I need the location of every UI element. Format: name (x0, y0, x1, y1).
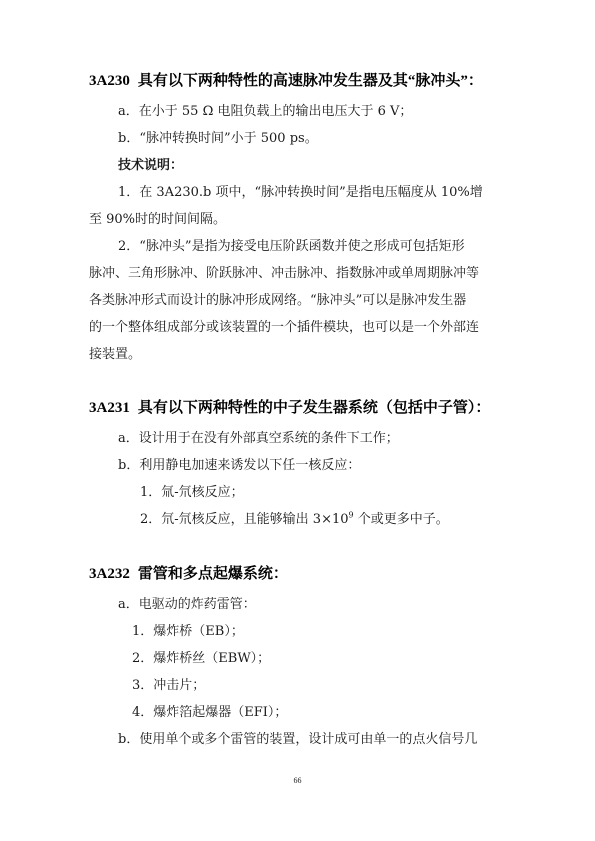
item-text: 利用静电加速来诱发以下任一核反应： (139, 458, 360, 473)
item-label: 2． (132, 651, 153, 666)
section-heading-3a232: 3A232雷管和多点起爆系统： (89, 566, 288, 582)
list-item: a．在小于 55 Ω 电阻负载上的输出电压大于 6 V； (118, 104, 412, 120)
section-title: 雷管和多点起爆系统： (138, 566, 288, 582)
item-label: b． (118, 131, 139, 146)
list-item: b．使用单个或多个雷管的装置，设计成可由单一的点火信号几 (118, 732, 477, 748)
item-label: a． (118, 431, 139, 446)
section-code: 3A232 (89, 566, 130, 582)
section-heading-3a231: 3A231具有以下两种特性的中子发生器系统（包括中子管）： (89, 400, 490, 416)
section-code: 3A230 (89, 73, 130, 89)
sub-list-item: 1．氚-氘核反应； (140, 485, 244, 501)
item-label: 4． (132, 705, 153, 720)
item-text: 爆炸箔起爆器（EFI）； (153, 705, 287, 720)
item-text: 冲击片； (153, 678, 205, 693)
note-line: 各类脉冲形式而设计的脉冲形成网络。“脉冲头”可以是脉冲发生器 (89, 293, 466, 309)
item-text: 爆炸桥丝（EBW）； (153, 651, 270, 666)
section-code: 3A231 (89, 400, 130, 416)
list-item: a．设计用于在没有外部真空系统的条件下工作； (118, 431, 399, 447)
sub-list-item: 2．爆炸桥丝（EBW）； (132, 651, 270, 667)
item-label: 1． (132, 624, 153, 639)
sub-list-item: 2．氘-氘核反应，且能够输出 3×109 个或更多中子。 (140, 512, 449, 528)
list-item: b．利用静电加速来诱发以下任一核反应： (118, 458, 360, 474)
note-line: 1．在 3A230.b 项中，“脉冲转换时间”是指电压幅度从 10%增 (118, 185, 483, 201)
item-text: 设计用于在没有外部真空系统的条件下工作； (139, 431, 399, 446)
note-line: 2．“脉冲头”是指为接受电压阶跃函数并使之形成可包括矩形 (118, 239, 465, 255)
item-label: b． (118, 732, 139, 747)
item-text: 使用单个或多个雷管的装置，设计成可由单一的点火信号几 (139, 732, 477, 747)
item-label: 1． (140, 485, 161, 500)
item-text: “脉冲转换时间”小于 500 ps。 (139, 131, 317, 146)
item-text: 电驱动的炸药雷管： (139, 597, 256, 612)
item-text: 氘-氘核反应，且能够输出 3×10 (161, 512, 348, 527)
page-number: 66 (0, 776, 595, 785)
note-line: 的一个整体组成部分或该装置的一个插件模块，也可以是一个外部连 (89, 320, 479, 336)
note-line: 脉冲、三角形脉冲、阶跃脉冲、冲击脉冲、指数脉冲或单周期脉冲等 (89, 266, 479, 282)
sub-list-item: 3．冲击片； (132, 678, 205, 694)
list-item: b．“脉冲转换时间”小于 500 ps。 (118, 131, 318, 147)
section-title: 具有以下两种特性的高速脉冲发生器及其“脉冲头”： (138, 73, 483, 89)
list-item: a．电驱动的炸药雷管： (118, 597, 256, 613)
item-label: 2． (140, 512, 161, 527)
item-text: 氚-氘核反应； (161, 485, 243, 500)
technical-note-title: 技术说明： (118, 158, 183, 174)
note-line: 至 90%时的时间间隔。 (89, 212, 226, 228)
item-text: 爆炸桥（EB）； (153, 624, 244, 639)
item-label: a． (118, 597, 139, 612)
item-label: b． (118, 458, 139, 473)
sub-list-item: 4．爆炸箔起爆器（EFI）； (132, 705, 287, 721)
item-text: 在小于 55 Ω 电阻负载上的输出电压大于 6 V； (139, 104, 413, 119)
section-heading-3a230: 3A230具有以下两种特性的高速脉冲发生器及其“脉冲头”： (89, 73, 483, 89)
sub-list-item: 1．爆炸桥（EB）； (132, 624, 244, 640)
item-label: 3． (132, 678, 153, 693)
item-text: 个或更多中子。 (354, 512, 449, 527)
note-line: 接装置。 (89, 347, 141, 363)
item-label: a． (118, 104, 139, 119)
section-title: 具有以下两种特性的中子发生器系统（包括中子管）： (138, 400, 491, 416)
